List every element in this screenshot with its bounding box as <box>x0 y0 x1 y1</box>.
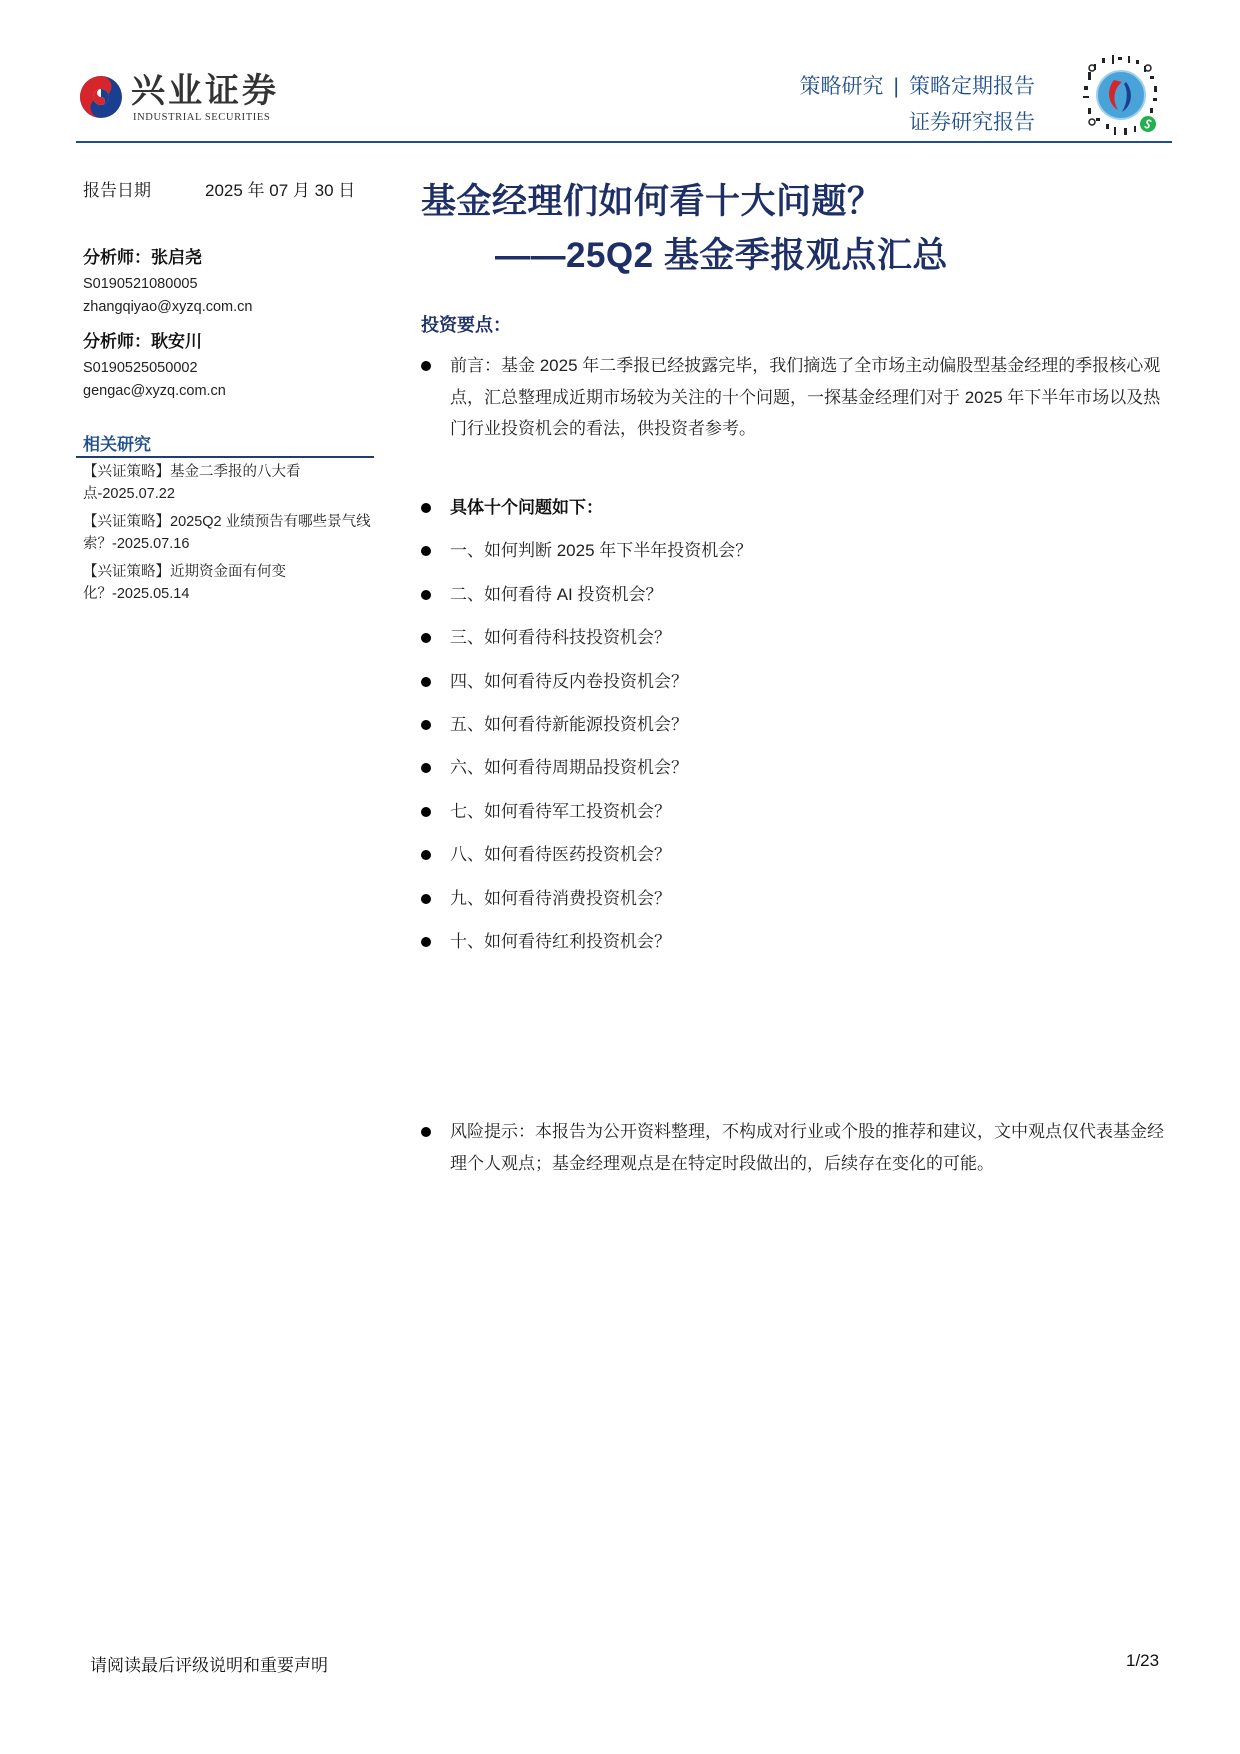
question-text: 九、如何看待消费投资机会？ <box>450 883 1166 915</box>
bullet-icon <box>421 807 431 817</box>
related-research-item[interactable]: 【兴证策略】2025Q2 业绩预告有哪些景气线索？-2025.07.16 <box>83 511 373 555</box>
bullet-icon <box>421 937 431 947</box>
analyst-block-1: 分析师：张启尧 S0190521080005 zhangqiyao@xyzq.c… <box>83 243 383 319</box>
header-divider <box>76 141 1172 143</box>
bullet-icon <box>421 546 431 556</box>
report-type: 证券研究报告 <box>909 106 1035 136</box>
report-date-value: 2025 年 07 月 30 日 <box>205 176 355 201</box>
analyst-email[interactable]: gengac@xyzq.com.cn <box>83 380 383 403</box>
bullet-icon <box>421 850 431 860</box>
question-text: 四、如何看待反内卷投资机会？ <box>450 666 1166 698</box>
question-text: 六、如何看待周期品投资机会？ <box>450 752 1166 784</box>
bullet-icon <box>421 894 431 904</box>
question-text: 十、如何看待红利投资机会？ <box>450 926 1166 958</box>
bullet-icon <box>421 677 431 687</box>
questions-heading: 具体十个问题如下： <box>450 492 1166 524</box>
risk-warning-text: 风险提示：本报告为公开资料整理，不构成对行业或个股的推荐和建议，文中观点仅代表基… <box>450 1116 1166 1179</box>
report-date-label: 报告日期 <box>83 176 151 201</box>
company-logo-icon <box>79 75 123 119</box>
related-research-item[interactable]: 【兴证策略】近期资金面有何变化？-2025.05.14 <box>83 561 373 605</box>
bullet-icon <box>421 503 431 513</box>
bullet-icon <box>421 1127 431 1137</box>
question-text: 一、如何判断 2025 年下半年投资机会？ <box>450 535 1166 567</box>
question-text: 八、如何看待医药投资机会？ <box>450 839 1166 871</box>
mini-program-qr-icon[interactable] <box>1078 52 1164 138</box>
bullet-icon <box>421 720 431 730</box>
footer-disclaimer[interactable]: 请阅读最后评级说明和重要声明 <box>90 1651 328 1676</box>
bullet-icon <box>421 361 431 371</box>
report-title: 基金经理们如何看十大问题？ <box>421 174 883 224</box>
analyst-block-2: 分析师：耿安川 S0190525050002 gengac@xyzq.com.c… <box>83 327 383 403</box>
report-subtitle: ——25Q2 基金季报观点汇总 <box>495 228 948 278</box>
preface-text: 前言：基金 2025 年二季报已经披露完毕，我们摘选了全市场主动偏股型基金经理的… <box>450 350 1166 445</box>
question-text: 七、如何看待军工投资机会？ <box>450 796 1166 828</box>
page-number: 1/23 <box>1126 1651 1159 1671</box>
category-separator: | <box>894 75 899 98</box>
logo-name-cn: 兴业证券 <box>131 73 279 111</box>
analyst-cert: S0190521080005 <box>83 273 383 296</box>
question-text: 三、如何看待科技投资机会？ <box>450 622 1166 654</box>
category-primary: 策略研究 <box>800 75 884 98</box>
analyst-name: 分析师：张启尧 <box>83 243 383 268</box>
bullet-icon <box>421 633 431 643</box>
report-category: 策略研究|策略定期报告 <box>800 70 1035 100</box>
related-research-divider <box>76 456 374 458</box>
logo-name-en: INDUSTRIAL SECURITIES <box>133 112 270 123</box>
preface-bullet: 前言：基金 2025 年二季报已经披露完毕，我们摘选了全市场主动偏股型基金经理的… <box>421 350 1166 450</box>
key-points-title: 投资要点： <box>421 311 511 337</box>
category-secondary: 策略定期报告 <box>909 75 1035 98</box>
analyst-name: 分析师：耿安川 <box>83 327 383 352</box>
related-research-title: 相关研究 <box>83 430 151 455</box>
risk-bullet: 风险提示：本报告为公开资料整理，不构成对行业或个股的推荐和建议，文中观点仅代表基… <box>421 1116 1166 1186</box>
related-research-item[interactable]: 【兴证策略】基金二季报的八大看点-2025.07.22 <box>83 461 373 505</box>
bullet-icon <box>421 590 431 600</box>
question-text: 二、如何看待 AI 投资机会？ <box>450 579 1166 611</box>
question-text: 五、如何看待新能源投资机会？ <box>450 709 1166 741</box>
related-research-list: 【兴证策略】基金二季报的八大看点-2025.07.22 【兴证策略】2025Q2… <box>83 461 373 611</box>
bullet-icon <box>421 763 431 773</box>
company-logo: 兴业证券 INDUSTRIAL SECURITIES <box>79 73 289 125</box>
analyst-email[interactable]: zhangqiyao@xyzq.com.cn <box>83 296 383 319</box>
analyst-cert: S0190525050002 <box>83 357 383 380</box>
